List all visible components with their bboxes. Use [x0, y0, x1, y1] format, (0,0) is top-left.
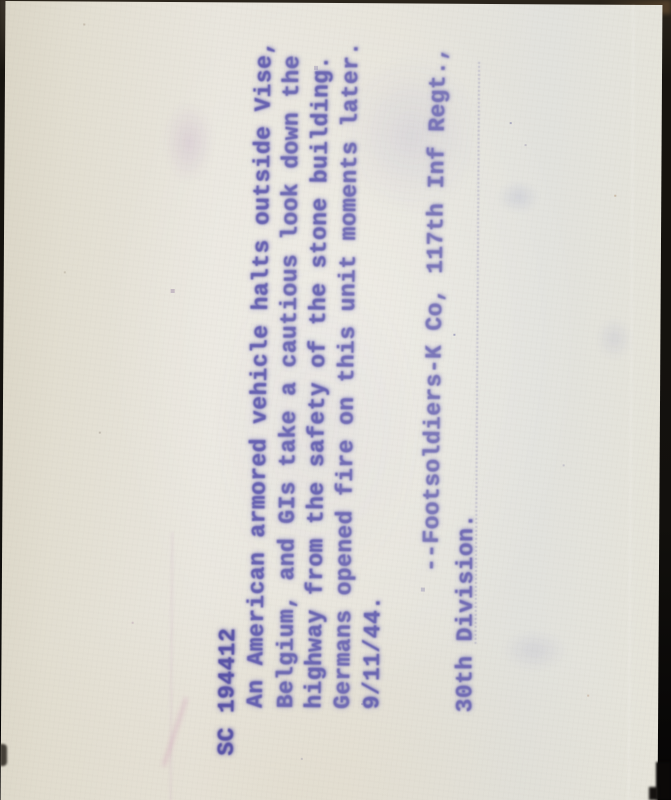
ink-smudge	[595, 317, 633, 361]
crease-line	[170, 532, 174, 800]
credit-line: 30th Division.	[451, 0, 485, 760]
typed-caption-stamp: SC 194412 An American armored vehicle ha…	[207, 0, 516, 761]
scan-edge-nick	[0, 744, 7, 766]
credit-line: --Footsoldiers-K Co, 117th Inf Regt.,	[415, 0, 455, 760]
pink-stain	[162, 697, 188, 767]
ink-smudge	[162, 100, 215, 184]
scan-edge-corner	[649, 787, 658, 800]
ink-smudge	[501, 629, 567, 671]
photo-back-paper: SC 194412 An American armored vehicle ha…	[1, 1, 663, 800]
paper-specks	[5, 1, 7, 3]
scan-edge-corner	[656, 762, 671, 800]
scan-light-line	[628, 5, 635, 800]
photo-scan: SC 194412 An American armored vehicle ha…	[0, 0, 671, 800]
